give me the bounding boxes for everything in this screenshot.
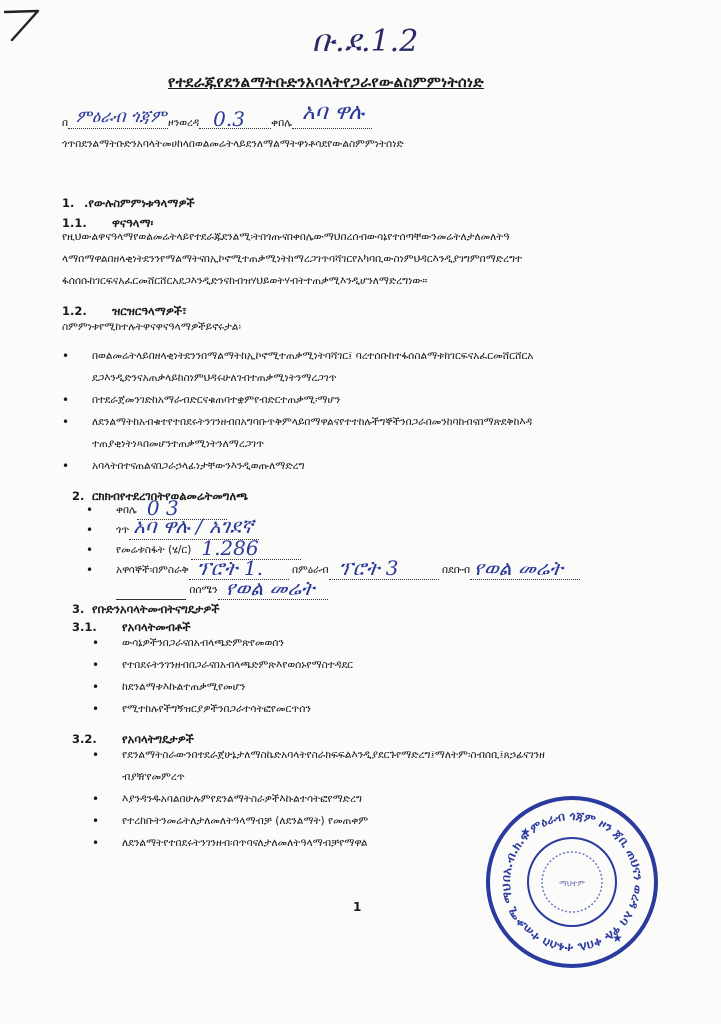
kebele-field[interactable]: አባ ዋሉ [292,116,372,129]
section-3-heading: 3.የቡድንአባላትመብትናግዴታዎች [72,598,220,617]
north-boundary-input[interactable]: የወል መሬት [218,587,328,600]
field-north: በሰሜንየወል መሬት [72,580,712,600]
svg-text:★: ★ [520,825,531,839]
woreda-field[interactable]: 0.3 [199,116,271,129]
list-item: አባላትበተናጠልናበጋራኃላፊነታቸውንእንዲወጡለማድረግ [48,455,718,477]
list-item: የደንልማትስራውንበተደራጀሁኔታለማስኬድአባላትየስራክፍፍልእንዲያደር… [78,744,718,788]
kebele-label: ቀበሌ [271,117,292,129]
list-item: ከደንልማቱእኩልተጠቃሚየመሆን [78,676,698,698]
page-number: 1 [353,900,361,914]
list-item: የተበደሩትንገንዘብበጋራናበአብላጫድምጽእየወሰኑየማስተዳደር [78,654,698,676]
official-stamp: በአ.ብ.ክ.ፍ ምዕራብ ጎጃም ዞን ጃቢ ጠህናን ወረዳ አባ ዋሉ ቀ… [482,792,662,972]
section-1-1-body: የዚህውልዋናዓላማየወልመሬትላይየተደራጁደንልሚ፡ትበጎጡናበቀበሌውማህ… [62,226,712,292]
list-item: ውሳኔዎችንበጋራናበአብላጫድምጽየመወሰን [78,632,698,654]
zone-value: ምዕራብ ጎጃም [76,108,166,126]
svg-text:★: ★ [612,931,623,945]
intro-statement: ጎጥበደንልማትቡድንአባላትመሀከላበወልመሬትላይደንለማልማትዋነቶሳደየ… [62,138,404,150]
list-item: በተደራጀመንገድከአማራብድርናቁጠባተቋምየብድርተጠቃሚ፡ማሆን [48,389,718,411]
handwritten-reference: ቡ.ደ.1.2 [312,24,418,59]
page-mark-seven [4,6,44,42]
section-1-2-list: በወልመሬትላይበዘላቂነትደንንበማልማትከኢኮኖሚተጠቃሚነትባሻገር፤ ባ… [48,345,718,477]
section-1-2-lead: ስምምነቱየሚከተሉትዋናዋናዓላማዎችይኖሩታል፡ [62,316,241,338]
intro-location-line: በምዕራብ ጎጃምዞንወረዳ0.3ቀበሌአባ ዋሉ [62,116,372,129]
svg-text:ማህተም: ማህተም [559,879,585,888]
field-got: ጎጥአባ ዋሉ / አገደኛ [72,520,712,540]
west-boundary-input[interactable]: ፕሮት 3 [329,567,439,580]
document-title: የተደራጁየደንልማትቡድንአባላትየጋራየውልስምምነትሰነድ [168,73,484,91]
woreda-value: 0.3 [213,110,245,128]
member-rights-list: ውሳኔዎችንበጋራናበአብላጫድምጽየመወሰን የተበደሩትንገንዘብበጋራናበ… [78,632,698,720]
list-item: በወልመሬትላይበዘላቂነትደንንበማልማትከኢኮኖሚተጠቃሚነትባሻገር፤ ባ… [48,345,718,389]
kebele-value: አባ ዋሉ [302,104,364,122]
list-item: ለደንልማትከአብቁተየተበደሩትንገንዘብበአግባቡጥቅምላይበማዋልናየተተ… [48,411,718,455]
zone-field[interactable]: ምዕራብ ጎጃም [68,116,168,129]
woreda-label: ዞንወረዳ [168,117,199,129]
section-1-heading: 1..የውሉስምምነቱዓላማዎች [62,192,195,211]
field-boundaries: አዋሳኞች፡በምስራቅፕሮት 1. በምዕራብፕሮት 3 በደቡብየወል መሬት [72,560,712,580]
south-boundary-input[interactable]: የወል መሬት [470,567,580,580]
land-description-list: ቀበሌ0 3 ጎጥአባ ዋሉ / አገደኛ የመሬቱስፋት (ሄ/ር)1.286… [72,500,712,600]
list-item: የሚተከሉየችግኝዝርያዎችንበጋራተሳትፎየመርጥሰን [78,698,698,720]
